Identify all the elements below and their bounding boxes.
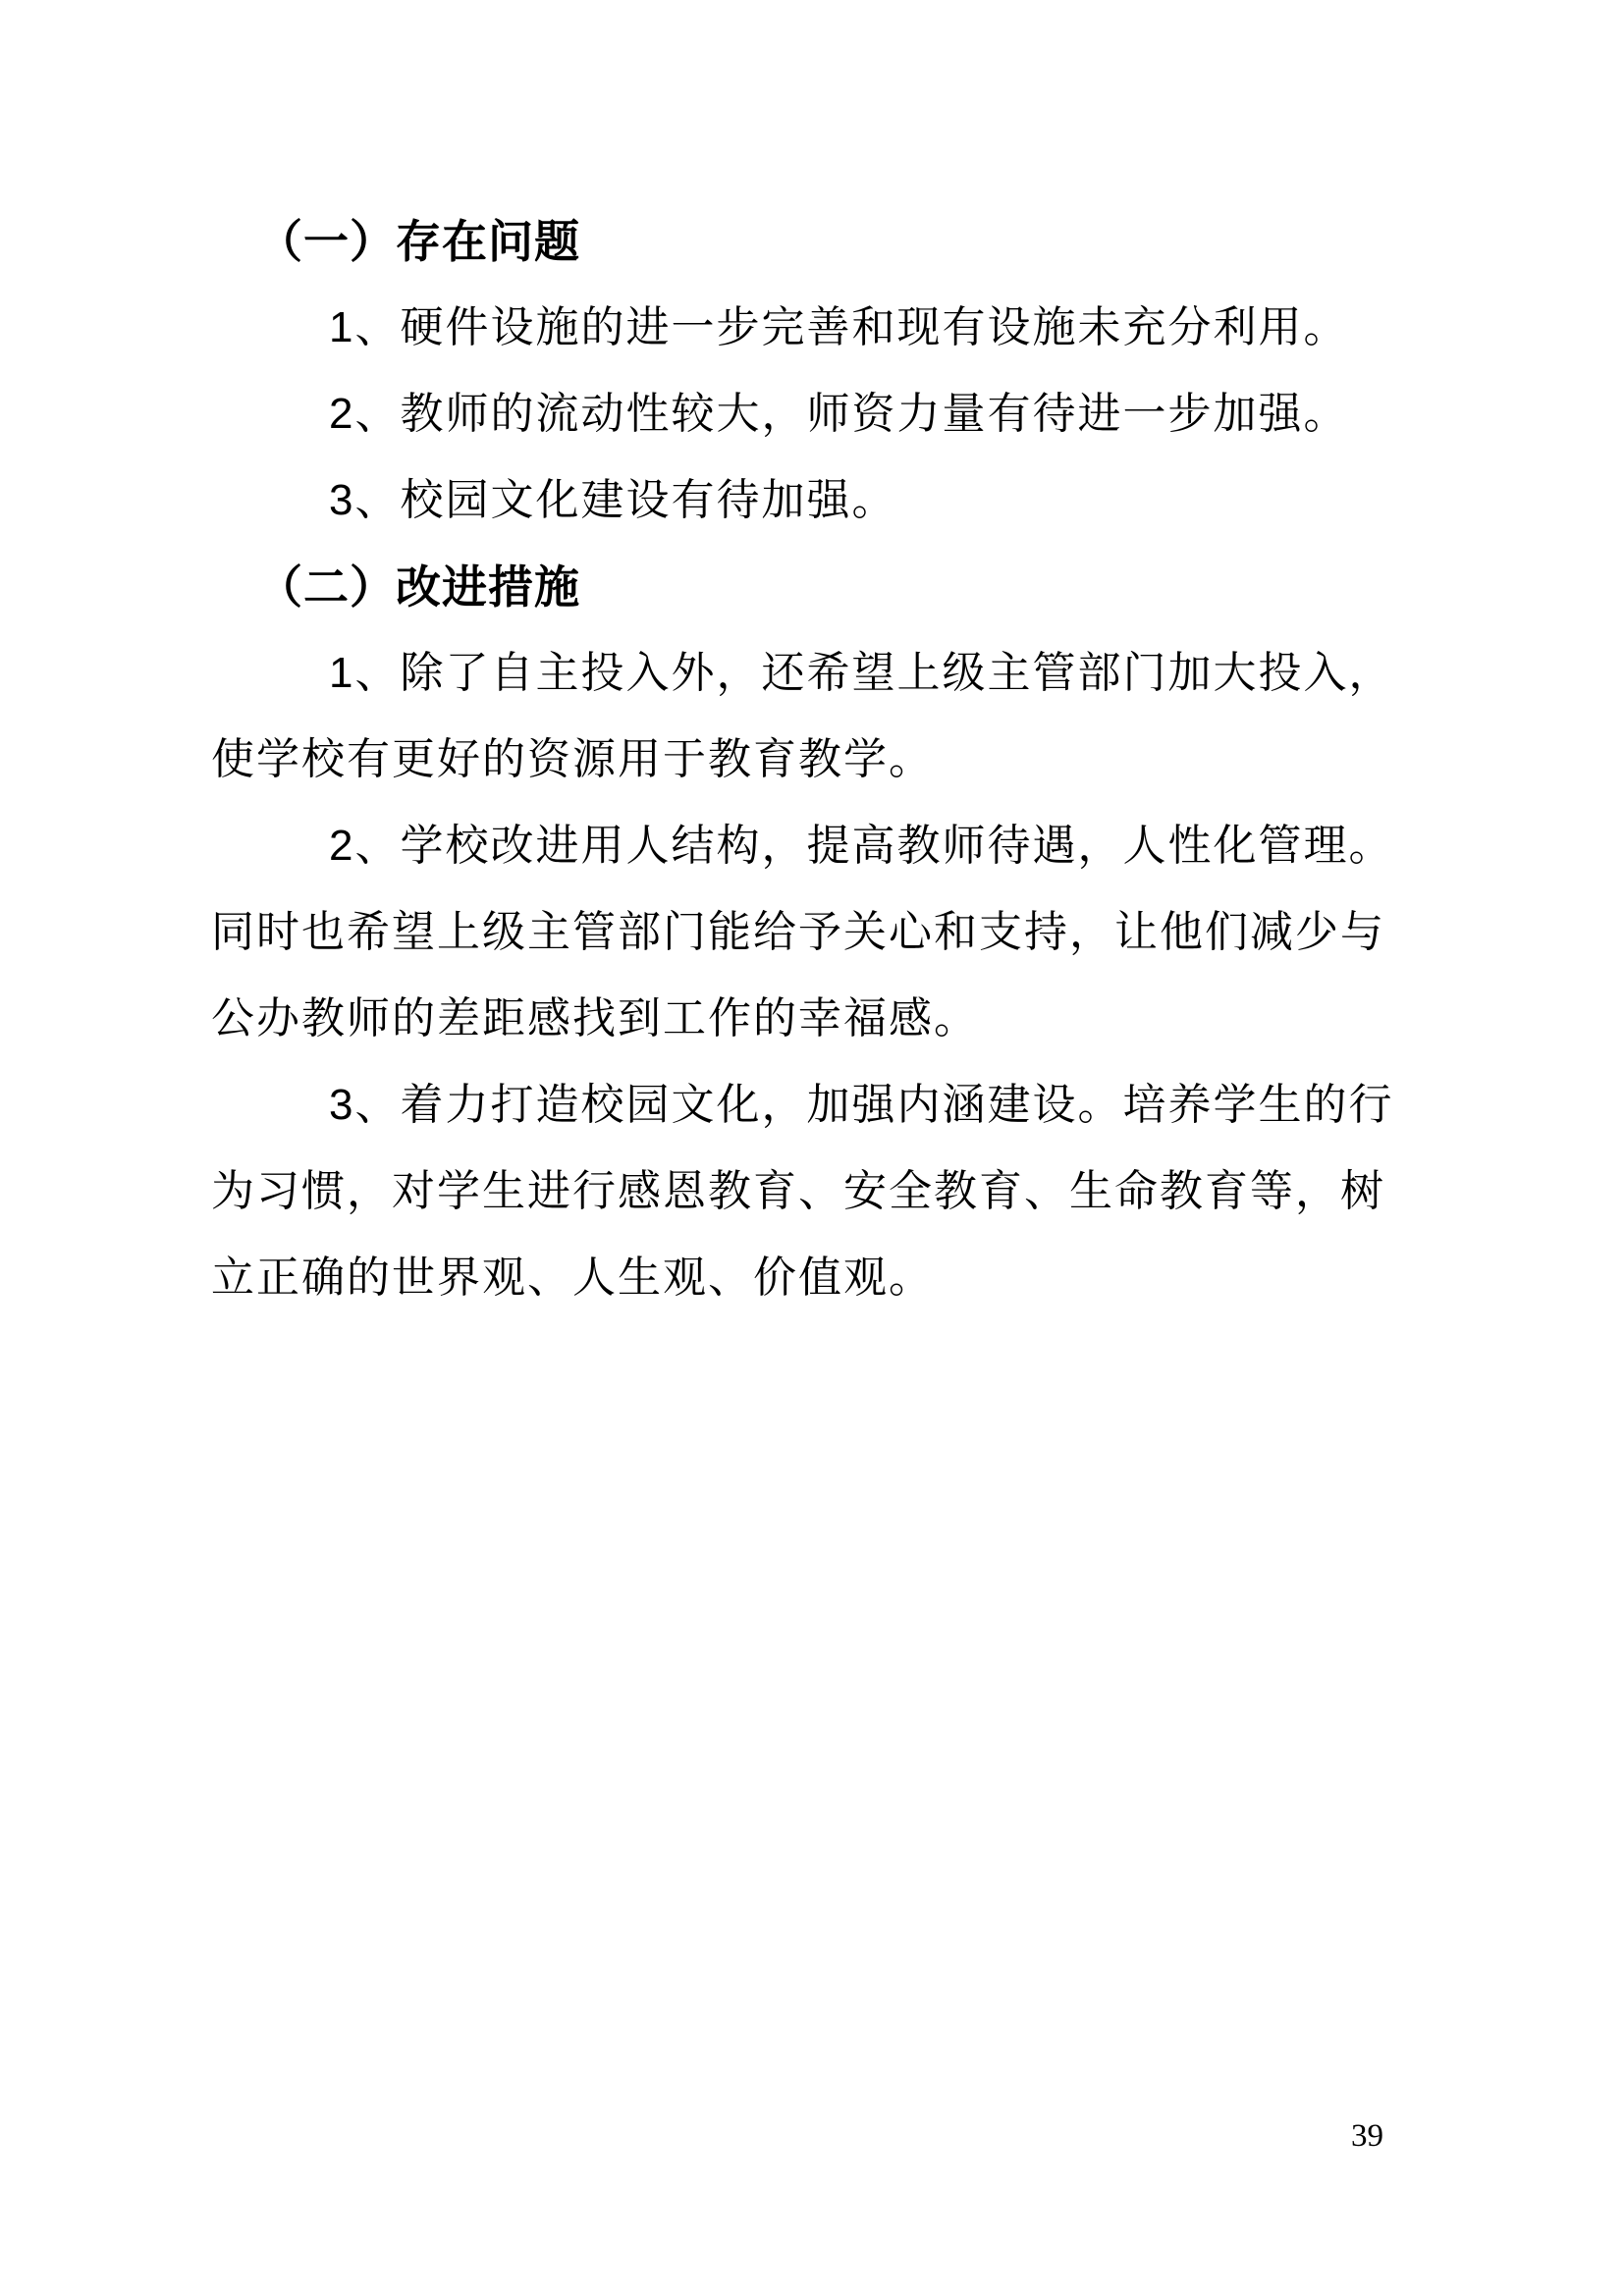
problem-item-2: 2、教师的流动性较大，师资力量有待进一步加强。	[211, 371, 1414, 457]
measure-3-line-2: 为习惯，对学生进行感恩教育、安全教育、生命教育等，树	[211, 1148, 1414, 1235]
page-number: 39	[1351, 2116, 1383, 2156]
measure-2-line-1: 2、学校改进用人结构，提高教师待遇，人性化管理。	[211, 803, 1414, 889]
measure-3-line-3: 立正确的世界观、人生观、价值观。	[211, 1235, 1414, 1321]
measure-3-line-1: 3、着力打造校园文化，加强内涵建设。培养学生的行	[211, 1062, 1414, 1148]
measure-1-line-1: 1、除了自主投入外，还希望上级主管部门加大投入，	[211, 630, 1414, 717]
measure-2-line-2: 同时也希望上级主管部门能给予关心和支持，让他们减少与	[211, 889, 1414, 976]
section-heading-problems: （一）存在问题	[211, 198, 1414, 285]
problem-item-1: 1、硬件设施的进一步完善和现有设施未充分利用。	[211, 285, 1414, 371]
document-page: （一）存在问题 1、硬件设施的进一步完善和现有设施未充分利用。 2、教师的流动性…	[0, 0, 1624, 2296]
measure-2-line-3: 公办教师的差距感找到工作的幸福感。	[211, 976, 1414, 1062]
problem-item-3: 3、校园文化建设有待加强。	[211, 457, 1414, 544]
document-content: （一）存在问题 1、硬件设施的进一步完善和现有设施未充分利用。 2、教师的流动性…	[211, 198, 1414, 1321]
measure-1-line-2: 使学校有更好的资源用于教育教学。	[211, 717, 1414, 803]
section-heading-measures: （二）改进措施	[211, 544, 1414, 630]
